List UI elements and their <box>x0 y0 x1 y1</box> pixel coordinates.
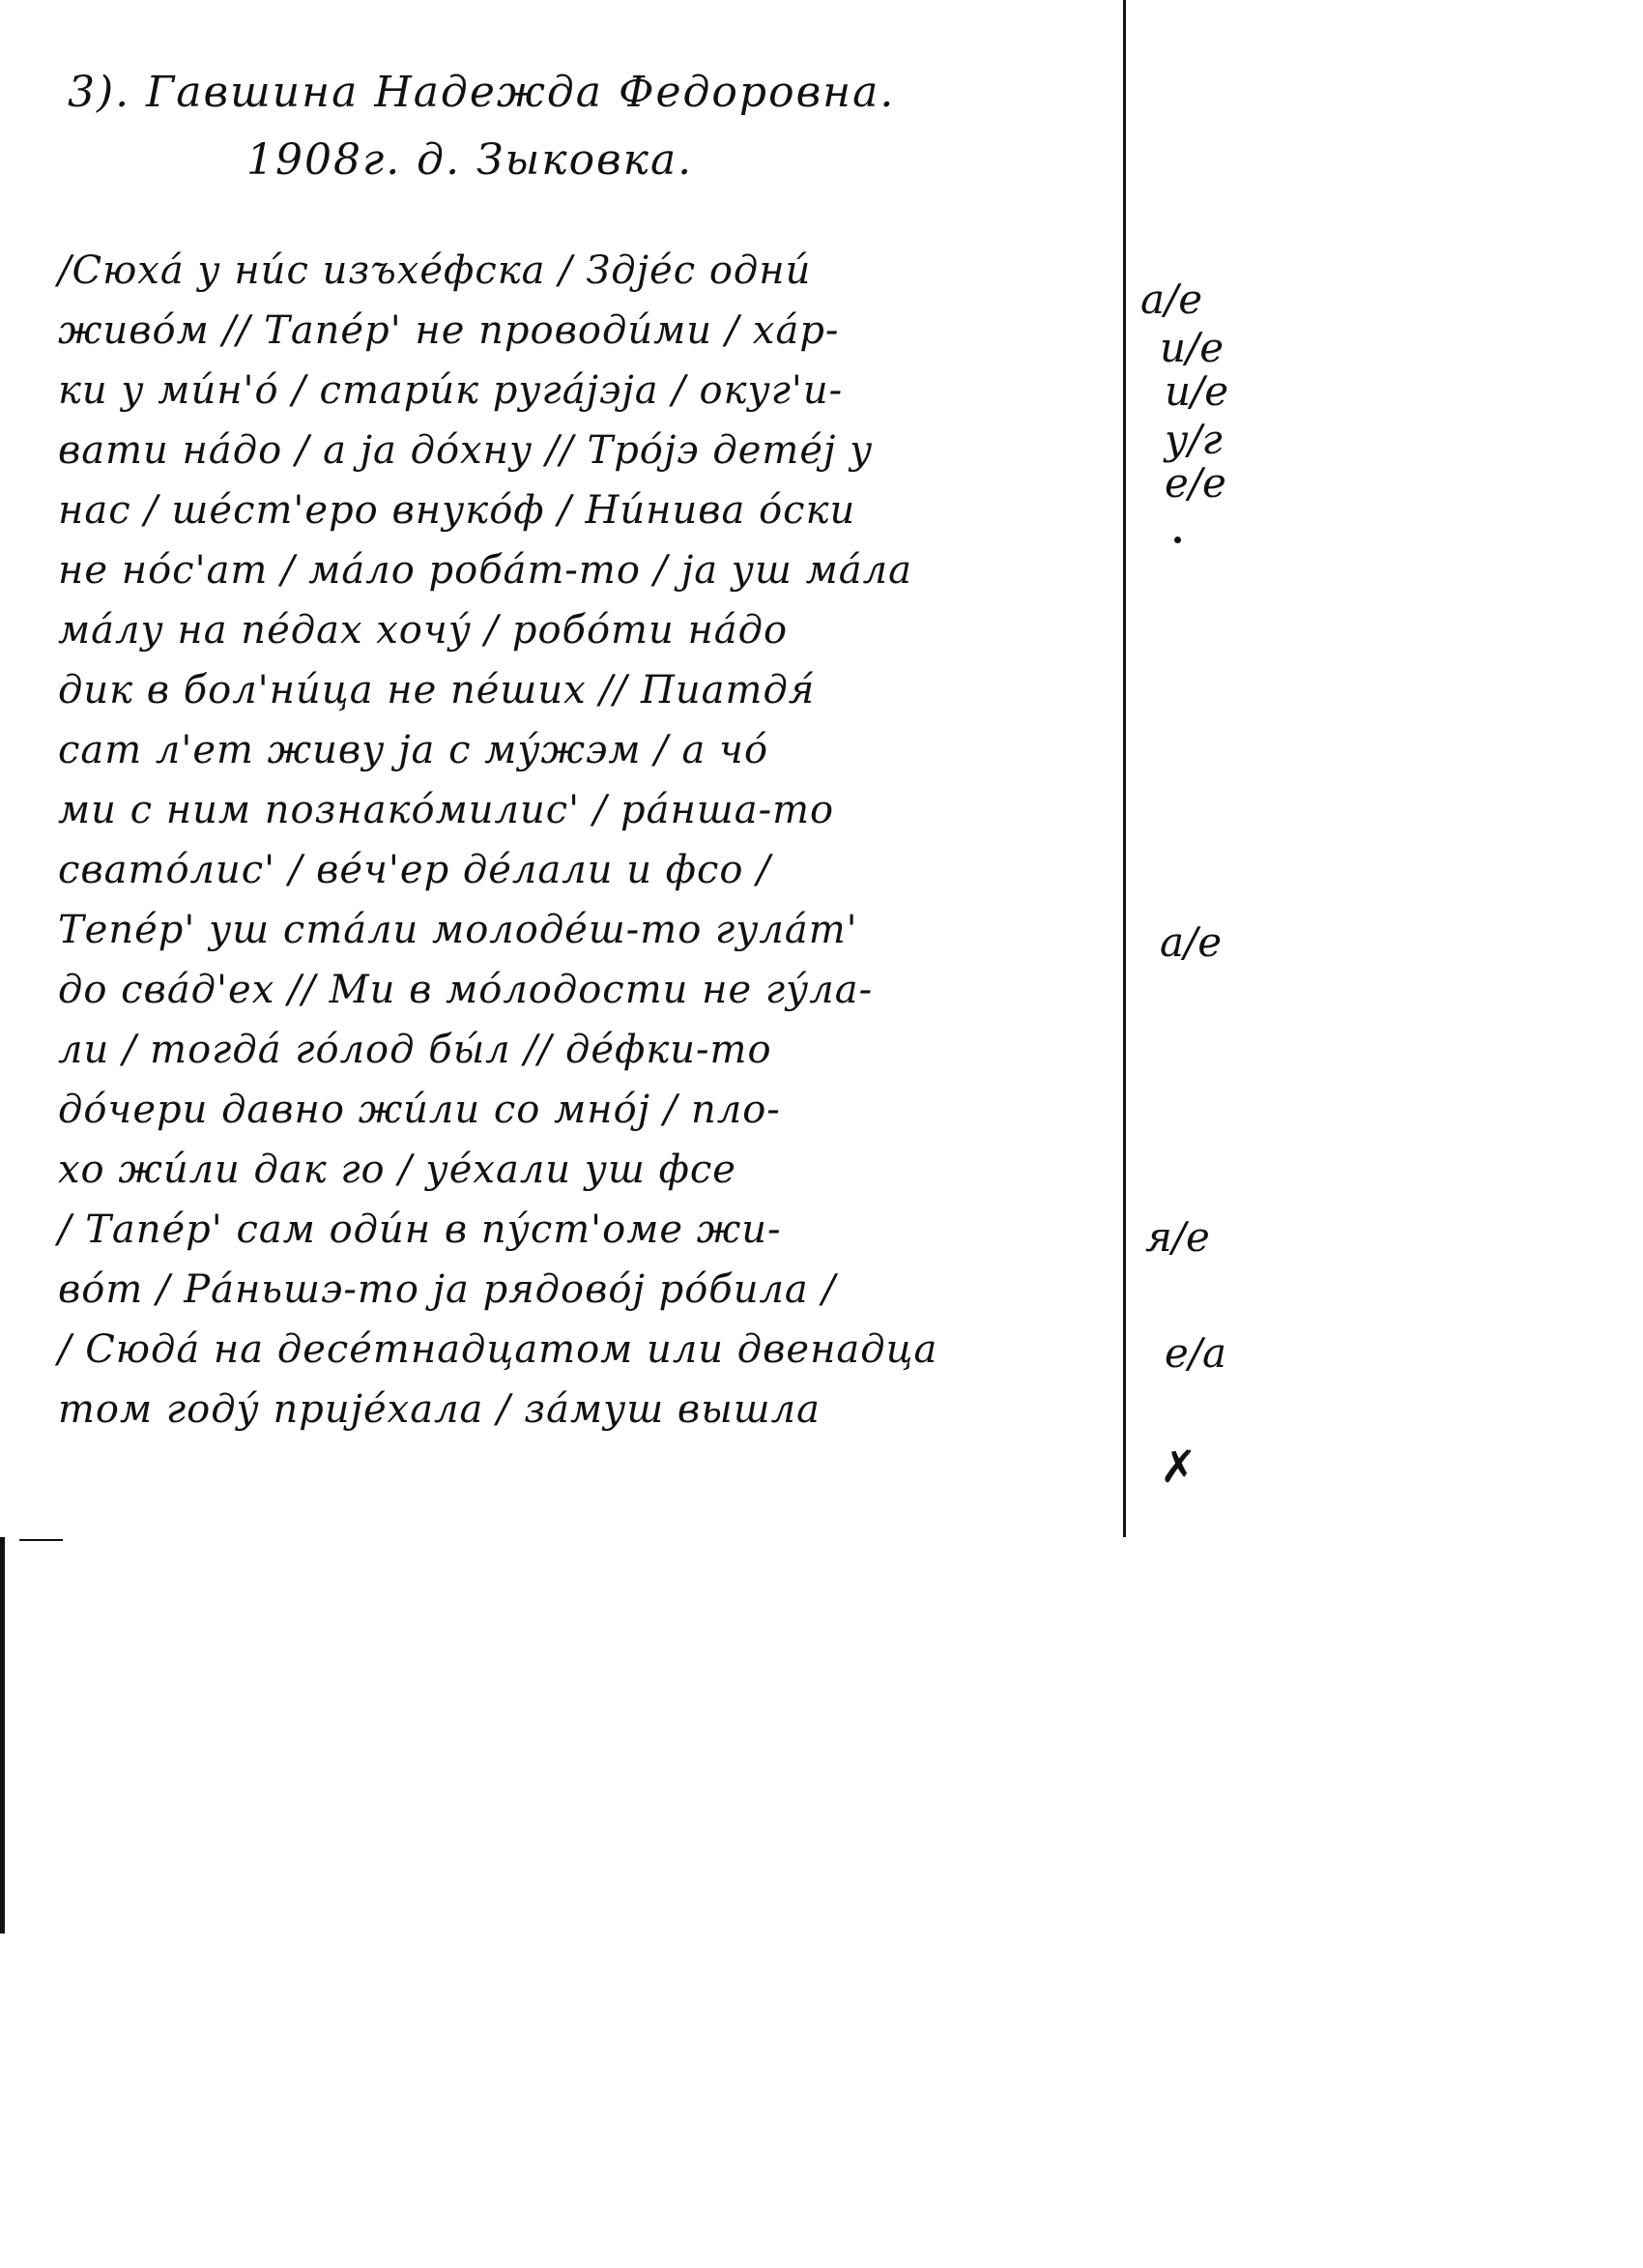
transcript-line: свато́лис' / ве́ч'ер де́лали и фсо / <box>58 841 771 899</box>
transcript-line: том году́ прије́хала / за́муш вышла <box>58 1381 821 1439</box>
transcript-line: ки у ми́н'о́ / стари́к руга́јэја / окуг'… <box>58 362 843 420</box>
informant-year-village: 1908г. д. Зыковка. <box>246 135 693 185</box>
margin-dot <box>1174 537 1181 543</box>
margin-note: и/е <box>1165 367 1228 415</box>
cross-mark-icon: ✗ <box>1160 1440 1197 1493</box>
transcript-line: дик в бол'ни́ца не пе́ших // Пиатдя́ <box>58 661 815 719</box>
transcript-line: ми с ним познако́милис' / ра́нша-то <box>58 781 834 839</box>
margin-note: е/е <box>1165 459 1226 507</box>
margin-note: е/а <box>1165 1329 1226 1377</box>
informant-name: 3). Гавшина Надежда Федоровна. <box>68 68 895 117</box>
scan-edge-dash <box>19 1539 63 1541</box>
margin-rule <box>1123 0 1126 1537</box>
margin-note: я/е <box>1145 1213 1210 1261</box>
transcript-line: живо́м // Тапе́р' не проводи́ми / ха́р- <box>58 302 839 360</box>
transcript-line: вати на́до / а ја до́хну // Тро́јэ дете́… <box>58 422 873 480</box>
scanned-page: 3). Гавшина Надежда Федоровна. 1908г. д.… <box>0 0 1643 2268</box>
margin-note: а/е <box>1160 918 1222 966</box>
transcript-line: Тепе́р' уш ста́ли молоде́ш-то гула́т' <box>58 901 858 959</box>
transcript-line: сат л'ет живу ја с му́жэм / а чо́ <box>58 721 768 779</box>
scan-edge-bar <box>0 1537 5 1934</box>
transcript-line: не но́с'ат / ма́ло роба́т-то / ја уш ма́… <box>58 541 912 599</box>
transcript-line: хо жи́ли дак го / уе́хали уш фсе <box>58 1141 736 1199</box>
margin-note: а/е <box>1140 276 1202 323</box>
transcript-line: нас / ше́ст'еро внуко́ф / Ни́нива о́ски <box>58 481 855 539</box>
transcript-line: / Тапе́р' сам оди́н в пу́ст'оме жи- <box>58 1201 782 1259</box>
margin-note: у/г <box>1165 416 1223 463</box>
transcript-line: во́т / Ра́ньшэ-то ја рядово́ј ро́била / <box>58 1261 836 1319</box>
transcript-line: ли / тогда́ го́лод бы́л // де́фки-то <box>58 1021 772 1079</box>
margin-note: и/е <box>1160 324 1224 371</box>
transcript-line: /Сюха́ у ни́с изъхе́фска / Здје́с одни́ <box>58 242 811 300</box>
transcript-line: / Сюда́ на десе́тнадцатом или двенадца <box>58 1321 937 1379</box>
transcript-line: до сва́д'ех // Ми в мо́лодости не гу́ла- <box>58 961 873 1019</box>
transcript-line: ма́лу на пе́дах хочу́ / робо́ти на́до <box>58 601 788 659</box>
transcript-line: до́чери давно жи́ли со мно́ј / пло- <box>58 1081 781 1139</box>
